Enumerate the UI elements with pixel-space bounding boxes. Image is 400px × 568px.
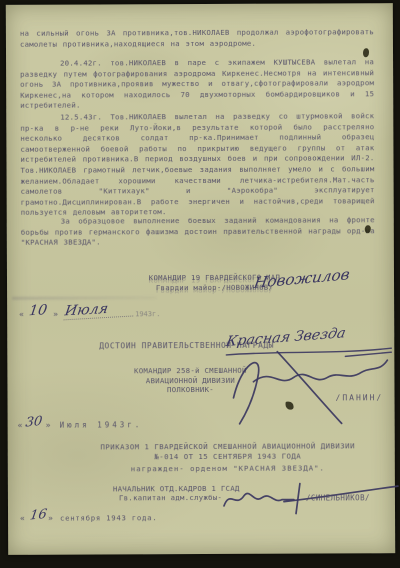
division-date-close-quote: » — [46, 421, 51, 430]
ink-blot-near-signature — [286, 402, 294, 410]
issue-date-day-handwritten: 16 — [29, 507, 48, 524]
panin-signature — [219, 345, 394, 431]
ink-blot-top-right — [363, 48, 369, 57]
sinelnikov-typed-name: /СИНЕЛЬНИКОВ/ — [306, 493, 370, 502]
division-date-open-quote: « — [18, 421, 23, 430]
scan-background: на сильный огонь ЗА противника,тов.НИКОЛ… — [0, 0, 400, 568]
date-signed-month-handwritten: Июля — [63, 299, 135, 320]
document-page: на сильный огонь ЗА противника,тов.НИКОЛ… — [6, 3, 395, 555]
division-date-rest: Июля 1943г. — [60, 420, 143, 429]
date-signed-close-quote: » — [53, 310, 58, 319]
date-signed-year: 1943г. — [135, 310, 160, 318]
order-line-2: №-014 ОТ 15 СЕНТЯБРЯ 1943 ГОДА — [63, 451, 393, 463]
issue-date-line: « 16 » сентября 1943 года. — [6, 3, 393, 5]
division-date-line: « 30 » Июля 1943г. — [6, 3, 393, 5]
paragraph-sortie-1942: 20.4.42г. тов.НИКОЛАЕВ в паре с экипажем… — [20, 57, 374, 112]
paragraph-sortie-1943: 12.5.43г. Тов.НИКОЛАЕВ вылетал на развед… — [20, 111, 374, 218]
order-block: ПРИКАЗОМ 1 ГВАРДЕЙСКОЙ СМЕШАННОЙ АВИАЦИО… — [63, 441, 393, 475]
issue-date-close-quote: » — [48, 514, 53, 523]
date-signed-line: « 10 » Июля 1943г. — [6, 3, 393, 5]
division-date-day-handwritten: 30 — [25, 414, 43, 431]
paragraph-continuation: на сильный огонь ЗА противника,тов.НИКОЛ… — [20, 27, 374, 50]
panin-typed-name: /ПАНИН/ — [336, 393, 384, 402]
date-signed-open-quote: « — [19, 310, 24, 319]
order-line-3: награжден- орденом "КРАСНАЯ ЗВЕЗДА". — [63, 464, 393, 476]
order-line-1: ПРИКАЗОМ 1 ГВАРДЕЙСКОЙ СМЕШАННОЙ АВИАЦИО… — [63, 441, 393, 453]
paragraph-award-recommendation: За образцовое выполнение боевых заданий … — [21, 215, 375, 248]
issue-date-open-quote: « — [20, 514, 25, 523]
issue-date-rest: сентября 1943 года. — [60, 513, 157, 522]
date-signed-day-handwritten: 10 — [28, 302, 48, 319]
